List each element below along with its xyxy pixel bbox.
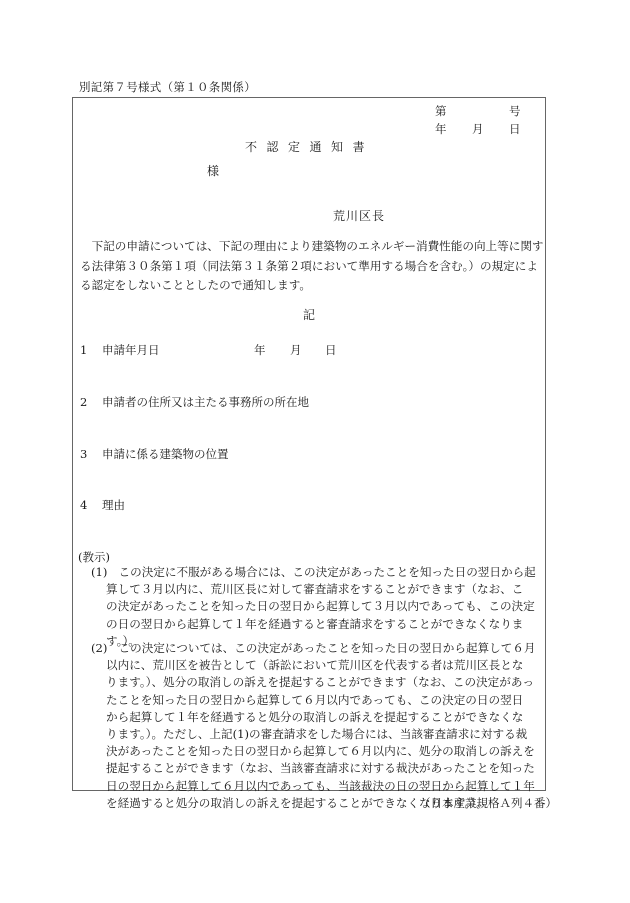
notice-item-2: (2) この決定については、この決定があったことを知った日の翌日から起算して６月… xyxy=(91,640,536,812)
notice-heading: (教示) xyxy=(78,549,110,565)
body-line: る認定をしないこととしたので通知します。 xyxy=(80,276,540,296)
form-label: 別記第７号様式（第１０条関係） xyxy=(79,79,256,95)
item-label: 申請年月日 xyxy=(102,343,160,357)
notice-marker: (2) xyxy=(91,641,107,655)
item-application-date: 1申請年月日 xyxy=(80,342,160,358)
notice-line: この決定については、この決定があったことを知った日の翌日から起算して６月 xyxy=(119,641,536,655)
notice-line: 日の翌日から起算して６月以内であっても、当該裁決の日の翌日から起算して１年 xyxy=(91,778,536,795)
item-number: 1 xyxy=(80,343,102,357)
notice-line: から起算して１年を経過すると処分の取消しの訴えを提起することができなくな xyxy=(91,709,536,726)
item-label: 理由 xyxy=(102,498,125,512)
application-day: 日 xyxy=(325,342,337,358)
notice-line: ります。）。ただし、上記(1)の審査請求をした場合には、当該審査請求に対する裁 xyxy=(91,726,536,743)
notice-line: 決があったことを知った日の翌日から起算して６月以内に、処分の取消しの訴えを xyxy=(91,743,536,760)
ki-heading: 記 xyxy=(303,306,315,323)
issuer: 荒川区長 xyxy=(333,207,385,224)
notice-line: ります。）、処分の取消しの訴えを提起することができます（なお、この決定があっ xyxy=(91,674,536,691)
number-suffix: 号 xyxy=(509,103,521,119)
item-label: 申請に係る建築物の位置 xyxy=(102,447,229,461)
item-number: 3 xyxy=(80,447,102,461)
item-building-location: 3申請に係る建築物の位置 xyxy=(80,446,229,462)
addressee-suffix: 様 xyxy=(207,162,219,179)
notice-line: の日の翌日から起算して１年を経過すると審査請求をすることができなくなりま xyxy=(91,616,536,633)
item-applicant-address: 2申請者の住所又は主たる事務所の所在地 xyxy=(80,394,309,410)
notice-line: の決定があったことを知った日の翌日から起算して３月以内であっても、この決定 xyxy=(91,598,536,615)
notice-line: 算して３月以内に、荒川区長に対して審査請求をすることができます（なお、こ xyxy=(91,581,536,598)
notice-marker: (1) xyxy=(91,565,107,579)
notice-line: 提起することができます（なお、当該審査請求に対する裁決があったことを知った xyxy=(91,760,536,777)
body-line: る法律第３０条第１項（同法第３１条第２項において準用する場合を含む。）の規定によ xyxy=(80,257,540,277)
notice-line: この決定に不服がある場合には、この決定があったことを知った日の翌日から起 xyxy=(119,565,536,579)
number-prefix: 第 xyxy=(435,103,447,119)
date-month: 月 xyxy=(472,121,484,137)
date-day: 日 xyxy=(509,121,521,137)
notice-item-1: (1) この決定に不服がある場合には、この決定があったことを知った日の翌日から起… xyxy=(91,564,536,650)
application-year: 年 xyxy=(254,342,266,358)
document-title: 不認定通知書 xyxy=(245,138,374,155)
item-label: 申請者の住所又は主たる事務所の所在地 xyxy=(102,395,309,409)
paper-size-note: （日本産業規格Ａ列４番） xyxy=(419,795,557,811)
item-number: 4 xyxy=(80,498,102,512)
date-year: 年 xyxy=(435,121,447,137)
notice-line: 以内に、荒川区を被告として（訴訟において荒川区を代表する者は荒川区長とな xyxy=(91,657,536,674)
notice-line: たことを知った日の翌日から起算して６月以内であっても、この決定の日の翌日 xyxy=(91,692,536,709)
application-month: 月 xyxy=(290,342,302,358)
body-paragraph: 下記の申請については、下記の理由により建築物のエネルギー消費性能の向上等に関す … xyxy=(80,237,540,296)
item-number: 2 xyxy=(80,395,102,409)
item-reason: 4理由 xyxy=(80,497,125,513)
body-line: 下記の申請については、下記の理由により建築物のエネルギー消費性能の向上等に関す xyxy=(80,237,540,257)
